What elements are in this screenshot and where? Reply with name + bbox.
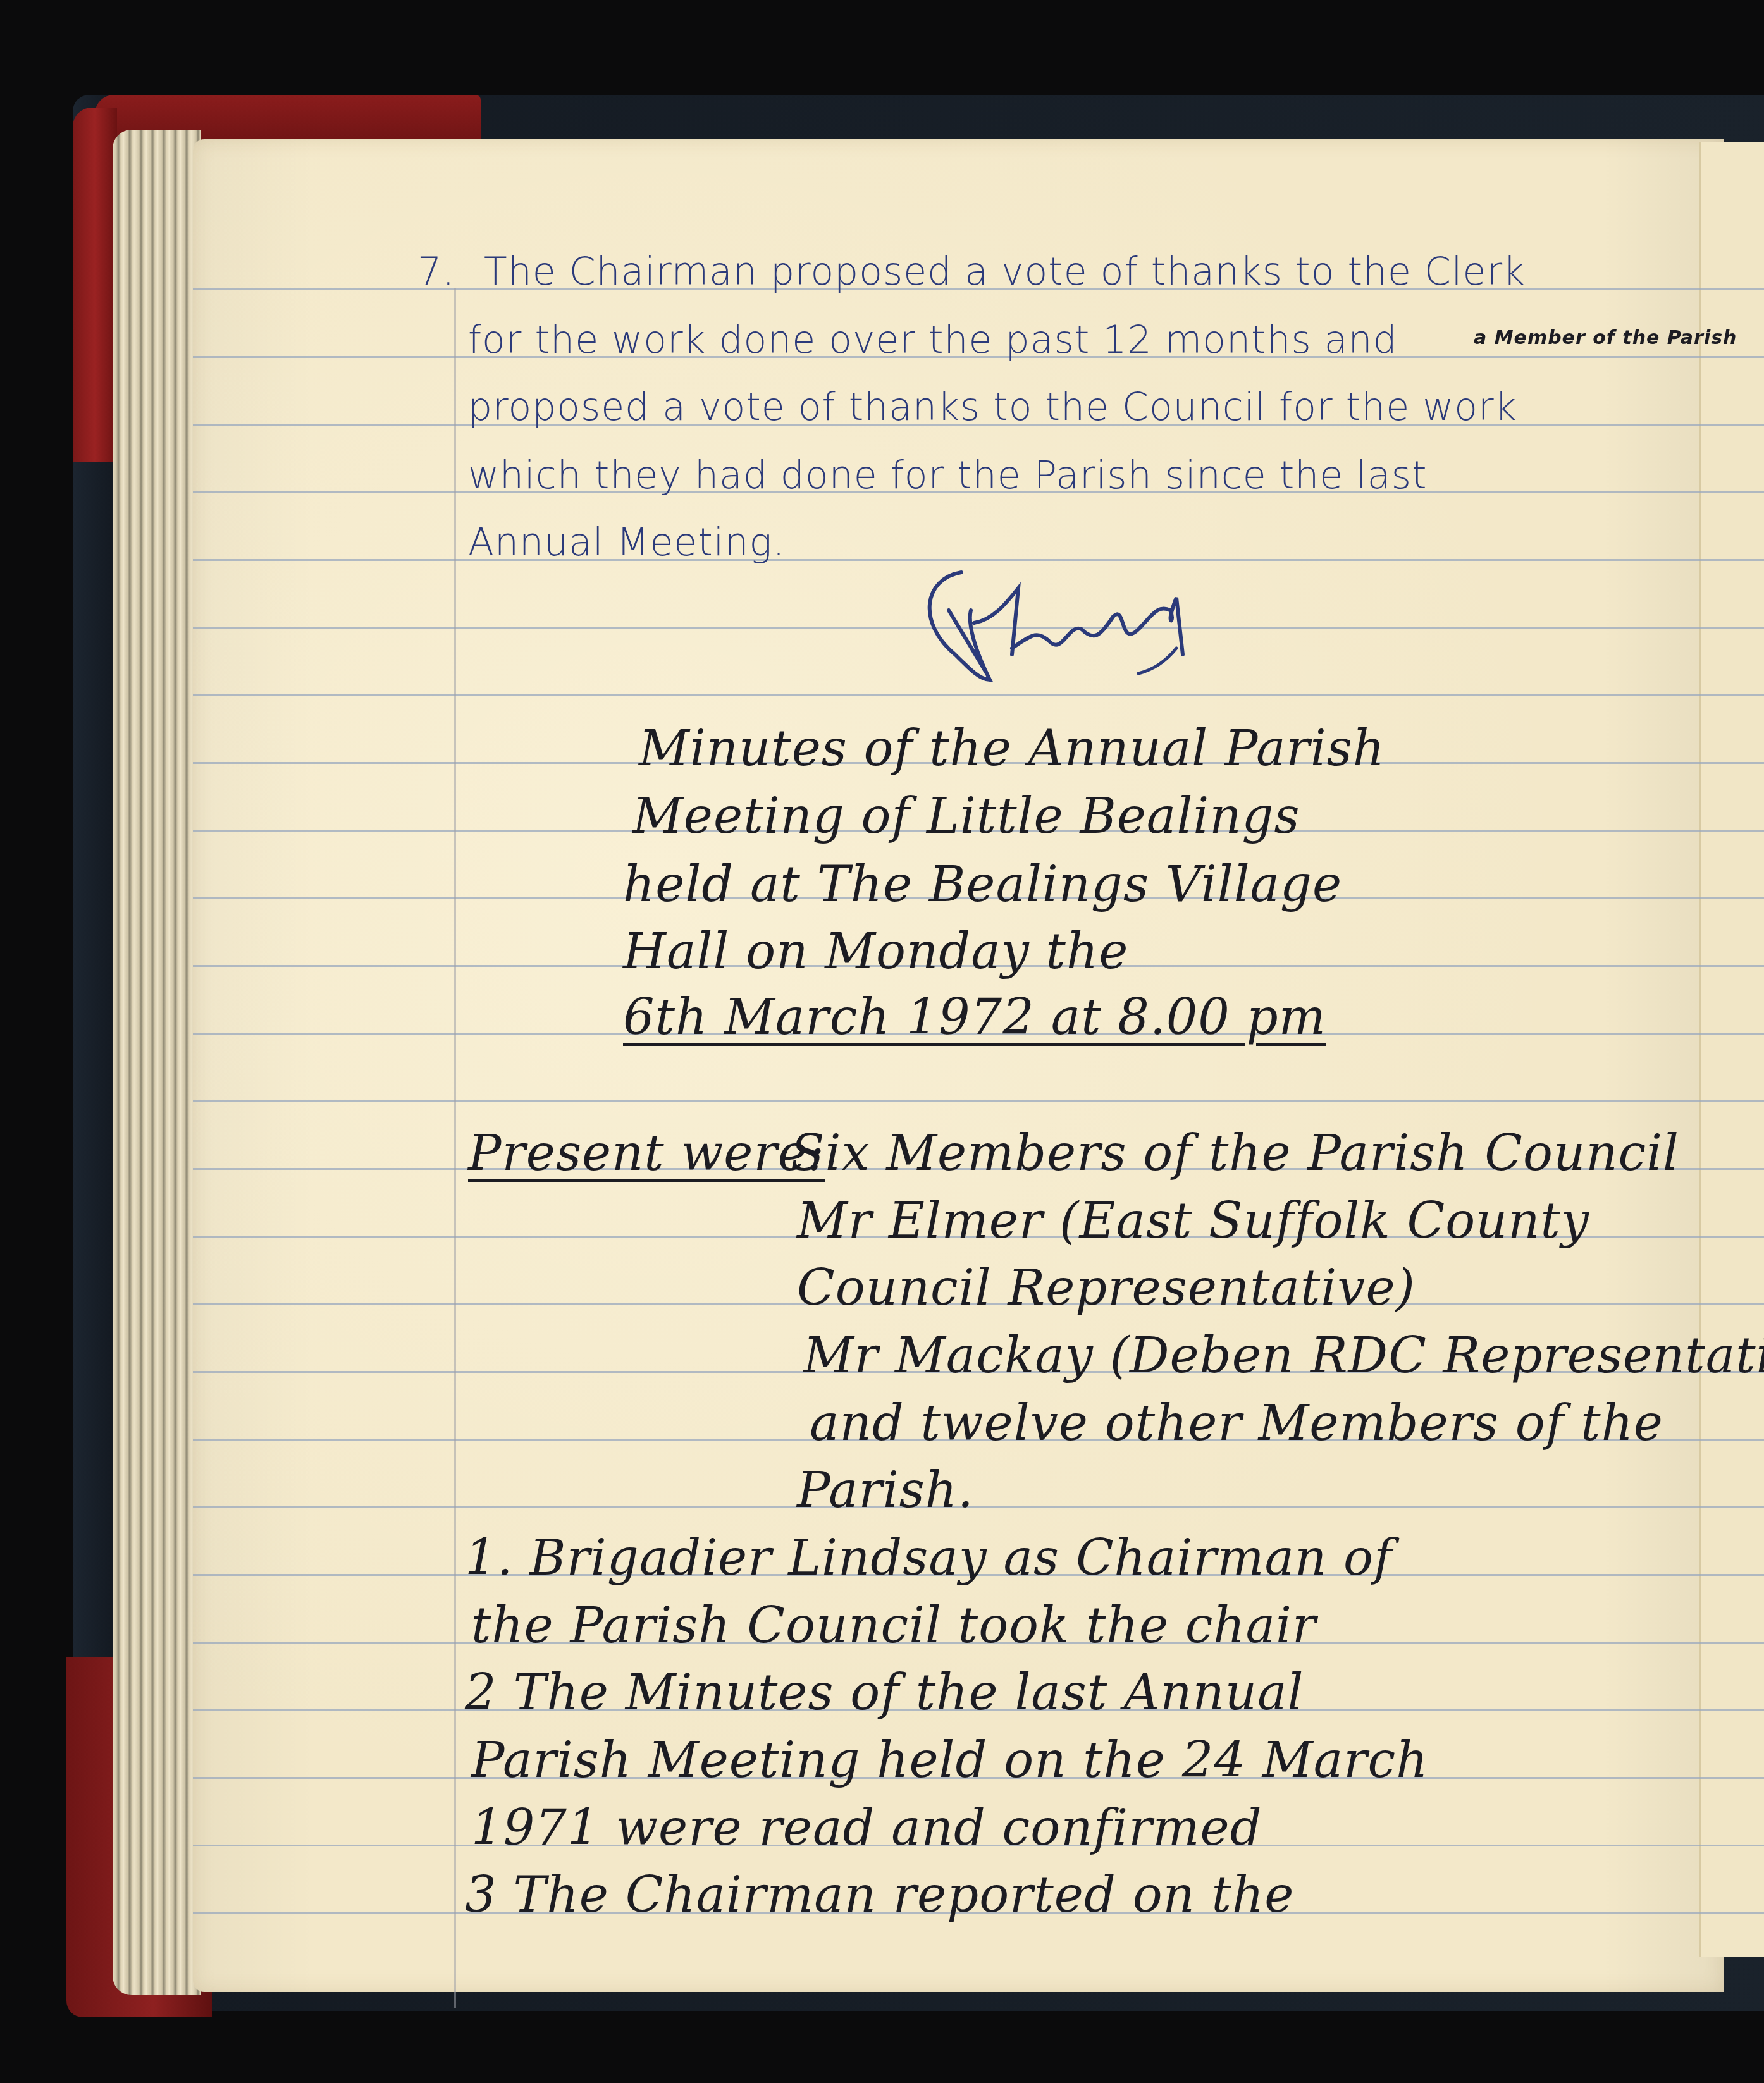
page-edges <box>113 130 201 1995</box>
item-line: 2 The Minutes of the last Annual <box>465 1668 1304 1717</box>
present-line: Council Representative) <box>797 1263 1416 1313</box>
signature <box>911 560 1278 699</box>
present-line: Parish. <box>797 1466 974 1515</box>
heading-line: Meeting of Little Bealings <box>632 792 1300 841</box>
present-line: Mr Mackay (Deben RDC Representative <box>803 1331 1764 1380</box>
present-label: Present were: <box>468 1129 825 1178</box>
present-line: and twelve other Members of the <box>810 1399 1663 1448</box>
minute-line: for the work done over the past 12 month… <box>468 321 1398 359</box>
cover-corner-left <box>73 108 117 462</box>
inserted-text: a Member of the Parish <box>1474 329 1737 348</box>
item-line: the Parish Council took the chair <box>471 1601 1316 1650</box>
item-number: 7. <box>417 253 455 291</box>
heading-line: Minutes of the Annual Parish <box>639 724 1385 773</box>
item-line: 1. Brigadier Lindsay as Chairman of <box>465 1533 1393 1583</box>
item-line: 1971 were read and confirmed <box>471 1803 1262 1853</box>
present-line: Six Members of the Parish Council <box>791 1129 1679 1178</box>
item-line: Parish Meeting held on the 24 March <box>471 1736 1428 1785</box>
minute-line: The Chairman proposed a vote of thanks t… <box>484 253 1526 291</box>
rule-line <box>193 1506 1764 1508</box>
heading-line: held at The Bealings Village <box>623 860 1342 909</box>
margin-line <box>454 288 456 2008</box>
present-line: Mr Elmer (East Suffolk County <box>797 1196 1589 1246</box>
minute-line: which they had done for the Parish since… <box>468 457 1427 495</box>
item-line: 3 The Chairman reported on the <box>465 1871 1294 1920</box>
minute-line: Annual Meeting. <box>468 524 786 562</box>
right-page-edge <box>1699 142 1764 1957</box>
heading-line: Hall on Monday the <box>623 927 1128 976</box>
minute-line: proposed a vote of thanks to the Council… <box>468 388 1517 426</box>
heading-date-line: 6th March 1972 at 8.00 pm <box>623 993 1326 1042</box>
rule-line <box>193 1100 1764 1102</box>
